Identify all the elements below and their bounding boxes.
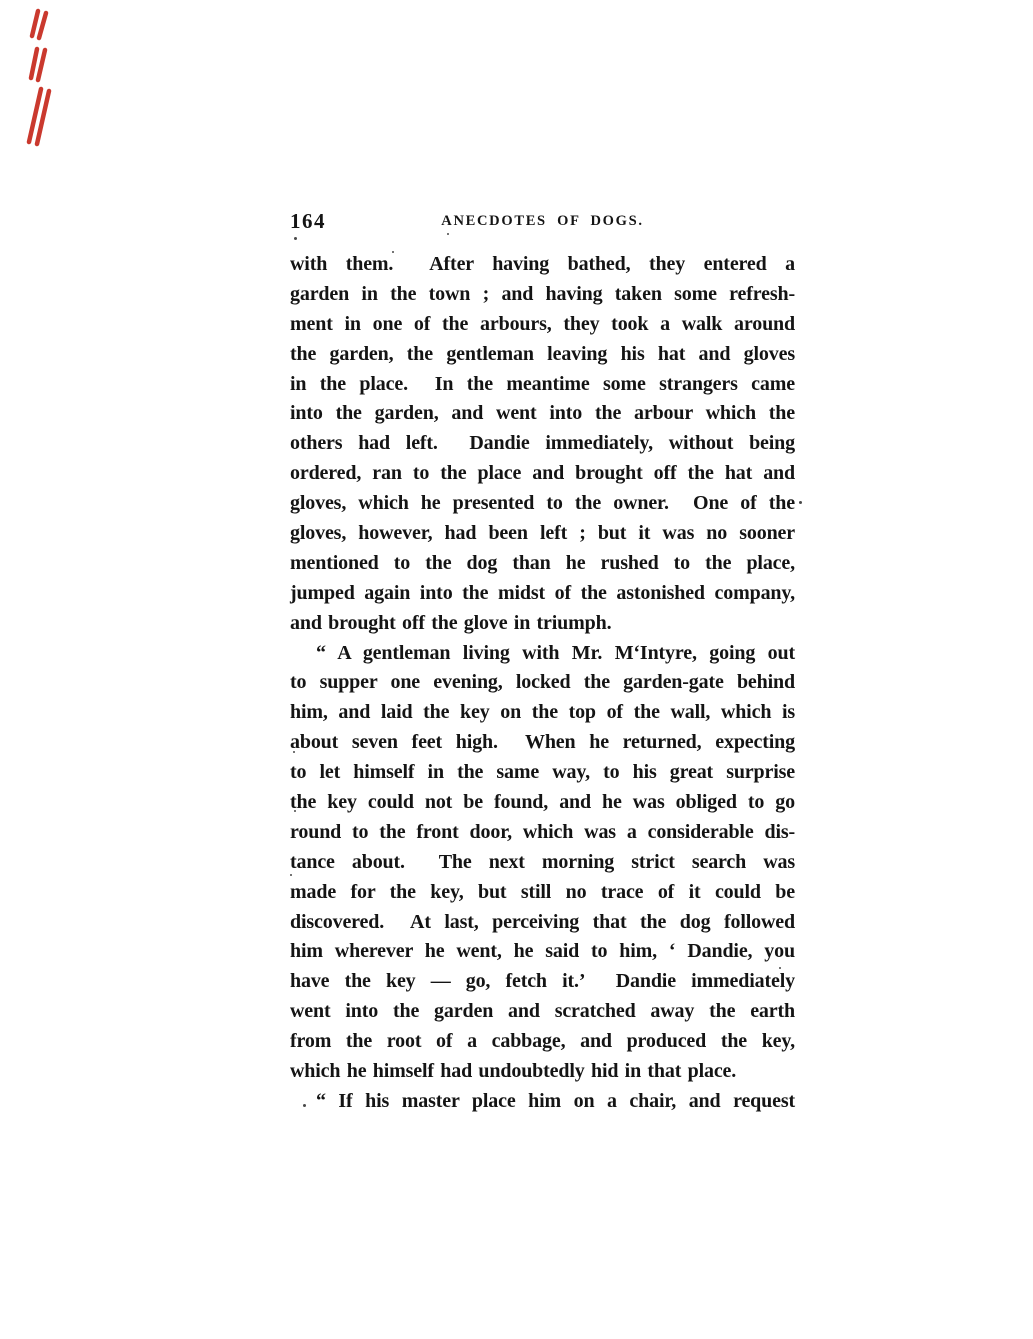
red-mark-stroke — [32, 11, 38, 36]
text-line: went into the garden and scratched away … — [290, 997, 795, 1027]
paragraph: “ If his master place him on a chair, an… — [290, 1087, 795, 1117]
text-line: mentioned to the dog than he rushed to t… — [290, 549, 795, 579]
text-line: garden in the town ; and having taken so… — [290, 280, 795, 310]
red-pen-marks — [20, 4, 72, 154]
paragraph: with them. After having bathed, they ent… — [290, 250, 795, 639]
text-line: have the key — go, fetch it.’ Dandie imm… — [290, 967, 795, 997]
paragraph: “ A gentleman living with Mr. M‘Intyre, … — [290, 639, 795, 1087]
text-line: others had left. Dandie immediately, wit… — [290, 429, 795, 459]
page-header: 164 ANECDOTES OF DOGS. — [290, 211, 795, 231]
text-line: into the garden, and went into the arbou… — [290, 399, 795, 429]
text-line: with them. After having bathed, they ent… — [290, 250, 795, 280]
text-line: in the place. In the meantime some stran… — [290, 370, 795, 400]
text-line: him wherever he went, he said to him, ‘ … — [290, 937, 795, 967]
book-page: 164 ANECDOTES OF DOGS. with them. After … — [0, 0, 1033, 1339]
text-line: ment in one of the arbours, they took a … — [290, 310, 795, 340]
text-line: made for the key, but still no trace of … — [290, 878, 795, 908]
text-line: round to the front door, which was a con… — [290, 818, 795, 848]
text-line: about seven feet high. When he returned,… — [290, 728, 795, 758]
text-line: him, and laid the key on the top of the … — [290, 698, 795, 728]
body-text: with them. After having bathed, they ent… — [290, 250, 795, 1117]
text-line: which he himself had undoubtedly hid in … — [290, 1057, 795, 1087]
text-line: and brought off the glove in triumph. — [290, 609, 795, 639]
text-line: to supper one evening, locked the garden… — [290, 668, 795, 698]
text-line: from the root of a cabbage, and produced… — [290, 1027, 795, 1057]
text-line: gloves, which he presented to the owner.… — [290, 489, 795, 519]
text-line: to let himself in the same way, to his g… — [290, 758, 795, 788]
text-line: the garden, the gentleman leaving his ha… — [290, 340, 795, 370]
ink-speck — [799, 501, 802, 504]
running-head: ANECDOTES OF DOGS. — [290, 213, 795, 230]
text-line: the key could not be found, and he was o… — [290, 788, 795, 818]
ink-speck — [294, 237, 297, 240]
ink-speck — [447, 233, 449, 235]
red-mark-stroke — [38, 50, 45, 80]
text-line: gloves, however, had been left ; but it … — [290, 519, 795, 549]
text-line: jumped again into the midst of the aston… — [290, 579, 795, 609]
red-mark-stroke — [31, 49, 37, 78]
text-line: discovered. At last, perceiving that the… — [290, 908, 795, 938]
text-line: ordered, ran to the place and brought of… — [290, 459, 795, 489]
red-mark-stroke — [39, 13, 46, 38]
text-line: “ A gentleman living with Mr. M‘Intyre, … — [290, 639, 795, 669]
text-line: tance about. The next morning strict sea… — [290, 848, 795, 878]
text-line: “ If his master place him on a chair, an… — [290, 1087, 795, 1117]
